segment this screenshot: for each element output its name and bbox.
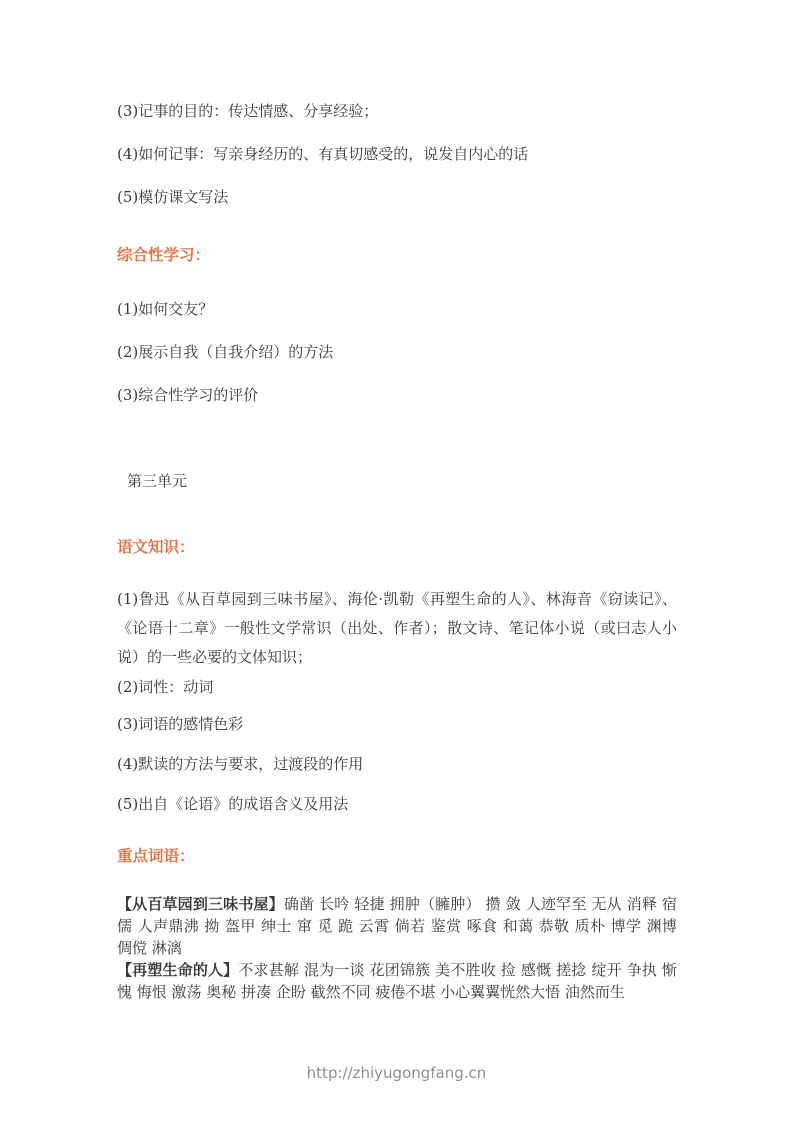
comprehensive-item-1: (1)如何交友？ — [117, 298, 677, 320]
wordlist-baicaoyuan: 【从百草园到三味书屋】确凿 长吟 轻捷 拥肿（臃肿） 攒 敛 人迹罕至 无从 消… — [117, 893, 677, 959]
knowledge-item-3: (3)词语的感情色彩 — [117, 713, 677, 735]
footer: http://zhiyugongfang.cn — [0, 1064, 793, 1082]
knowledge-item-4: (4)默读的方法与要求，过渡段的作用 — [117, 753, 677, 775]
unit-title: 第三单元 — [117, 470, 677, 492]
knowledge-item-5: (5)出自《论语》的成语含义及用法 — [117, 793, 677, 815]
footer-url-link[interactable]: http://zhiyugongfang.cn — [307, 1064, 487, 1082]
language-knowledge-heading: 语文知识： — [117, 536, 677, 558]
comprehensive-learning-heading: 综合性学习： — [117, 244, 677, 266]
intro-item-4: (4)如何记事：写亲身经历的、有真切感受的，说发自内心的话 — [117, 143, 677, 165]
wordlist-zaisu: 【再塑生命的人】不求甚解 混为一谈 花团锦簇 美不胜收 捡 感慨 搓捻 绽开 争… — [117, 959, 677, 1003]
comprehensive-item-3: (3)综合性学习的评价 — [117, 384, 677, 406]
intro-item-5: (5)模仿课文写法 — [117, 186, 677, 208]
knowledge-item-1: (1)鲁迅《从百草园到三味书屋》、海伦·凯勒《再塑生命的人》、林海音《窃读记》、… — [117, 585, 677, 672]
document-page: (3)记事的目的：传达情感、分享经验； (4)如何记事：写亲身经历的、有真切感受… — [0, 0, 793, 1122]
intro-item-3: (3)记事的目的：传达情感、分享经验； — [117, 100, 677, 122]
wordlist-baicaoyuan-title: 【从百草园到三味书屋】 — [117, 895, 284, 913]
comprehensive-item-2: (2)展示自我（自我介绍）的方法 — [117, 341, 677, 363]
key-words-heading: 重点词语： — [117, 845, 677, 867]
wordlist-zaisu-title: 【再塑生命的人】 — [117, 961, 238, 979]
knowledge-item-2: (2)词性：动词 — [117, 676, 677, 698]
